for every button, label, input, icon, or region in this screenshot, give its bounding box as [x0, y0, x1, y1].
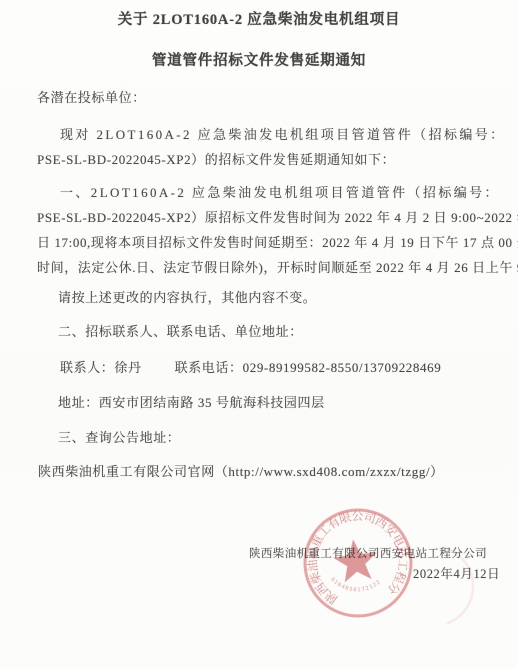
address-line: 地址：西安市团结南路 35 号航海科技园四层 — [58, 394, 325, 411]
contact-line: 联系人：徐丹联系电话：029-89199582-8550/13709228469 — [60, 359, 441, 376]
company-seal: 陕西柴油机重工有限公司西安电站工程分公司 6104850172122 — [293, 496, 503, 646]
section2-heading: 二、招标联系人、联系电话、单位地址： — [58, 323, 303, 340]
paragraph1-line1: 现对 2LOT160A-2 应急柴油发电机组项目管道管件（招标编号： — [60, 126, 506, 143]
item1-line1: 一、2LOT160A-2 应急柴油发电机组项目管道管件（招标编号： — [60, 184, 500, 201]
salutation: 各潜在投标单位： — [37, 89, 146, 106]
section3-heading: 三、查询公告地址： — [58, 429, 180, 446]
item1-line2: PSE-SL-BD-2022045-XP2）原招标文件发售时间为 2022 年 … — [37, 209, 518, 226]
doc-title-line2: 管道管件招标文件发售延期通知 — [0, 53, 518, 70]
seal-star-icon — [331, 537, 380, 584]
doc-title-line1: 关于 2LOT160A-2 应急柴油发电机组项目 — [0, 12, 518, 29]
scanned-notice-document: 关于 2LOT160A-2 应急柴油发电机组项目 管道管件招标文件发售延期通知 … — [0, 0, 518, 668]
contact-phone-value: 029-89199582-8550/13709228469 — [243, 360, 442, 375]
item1-line3: 日 17:00,现将本项目招标文件发售时间延期至：2022 年 4 月 19 日… — [37, 234, 518, 251]
item1-line4: 时间，法定公休.日、法定节假日除外)，开标时间顺延至 2022 年 4 月 26… — [37, 259, 518, 276]
contact-phone-label: 联系电话： — [175, 360, 243, 375]
contact-person-value: 徐丹 — [114, 360, 141, 375]
seal-ghost-mark — [447, 548, 473, 623]
website-line: 陕西柴油机重工有限公司官网（http://www.sxd408.com/zxzx… — [38, 463, 444, 480]
paragraph1-line2: PSE-SL-BD-2022045-XP2）的招标文件发售延期通知如下： — [37, 151, 395, 168]
contact-person-label: 联系人： — [60, 360, 114, 375]
note-line: 请按上述更改的内容执行，其他内容不变。 — [58, 289, 316, 306]
